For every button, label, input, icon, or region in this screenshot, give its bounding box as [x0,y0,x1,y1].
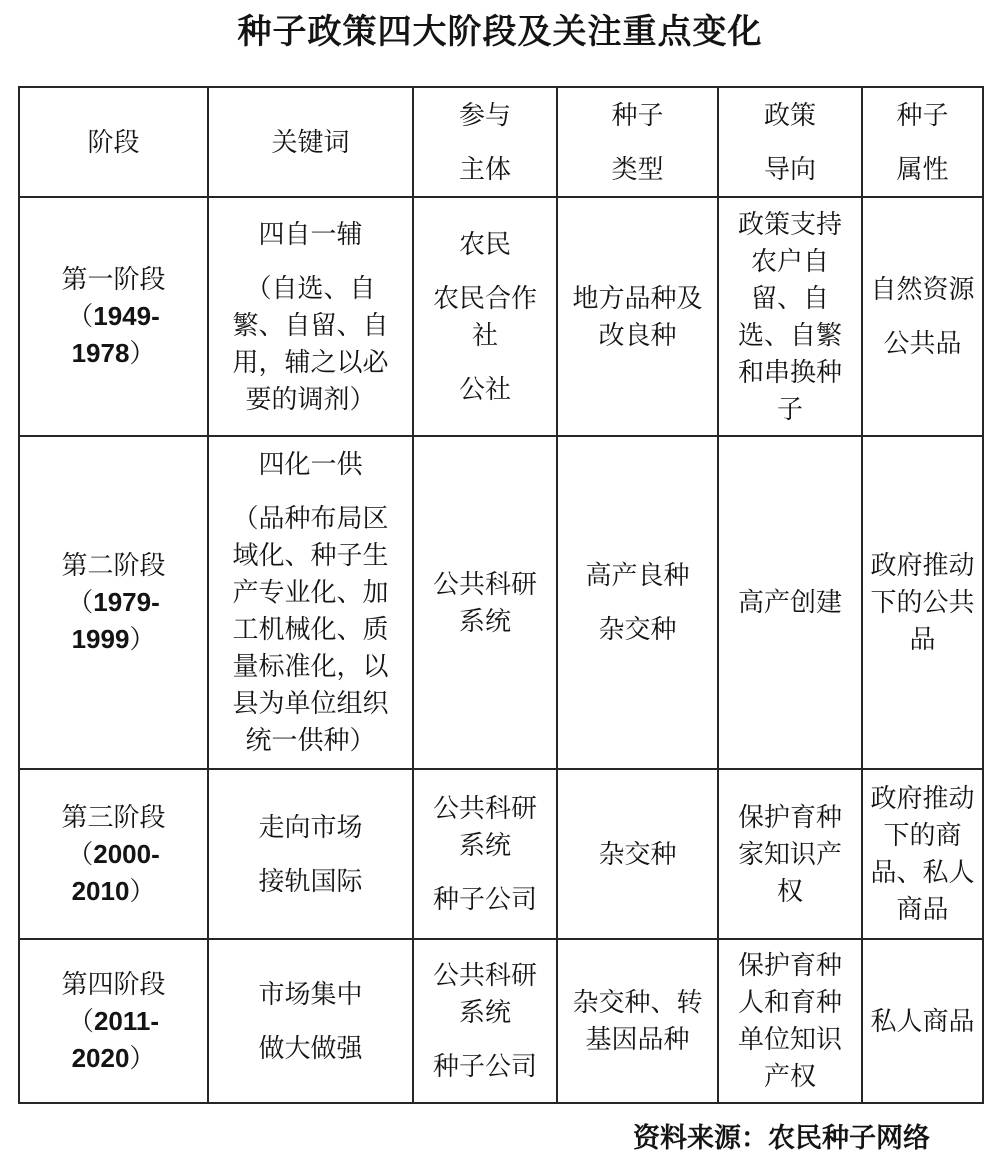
column-header-keywords: 关键词 [208,87,413,197]
column-header-stage: 阶段 [19,87,208,197]
cell-policy_orientation: 高产创建 [718,436,862,769]
cell-seed_attribute: 政府推动 下的公共 品 [862,436,983,769]
cell-stage: 第一阶段 （1949- 1978） [19,197,208,436]
page-title: 种子政策四大阶段及关注重点变化 [0,4,1000,53]
source-note: 资料来源：农民种子网络 [633,1116,930,1155]
cell-seed_attribute: 私人商品 [862,939,983,1103]
cell-keywords: 四自一辅（自选、自 繁、自留、自 用，辅之以必 要的调剂） [208,197,413,436]
table-row: 第三阶段 （2000- 2010）走向市场接轨国际公共科研 系统种子公司杂交种保… [19,769,983,939]
cell-stage: 第三阶段 （2000- 2010） [19,769,208,939]
cell-policy_orientation: 保护育种 家知识产 权 [718,769,862,939]
cell-participants: 公共科研 系统 [413,436,557,769]
column-header-policy_orientation: 政策导向 [718,87,862,197]
cell-seed_type: 杂交种、转 基因品种 [557,939,718,1103]
cell-seed_type: 地方品种及 改良种 [557,197,718,436]
cell-policy_orientation: 政策支持 农户自 留、自 选、自繁 和串换种 子 [718,197,862,436]
column-header-seed_type: 种子类型 [557,87,718,197]
table-body: 第一阶段 （1949- 1978）四自一辅（自选、自 繁、自留、自 用，辅之以必… [19,197,983,1103]
table-header-row: 阶段关键词参与主体种子类型政策导向种子属性 [19,87,983,197]
table-row: 第二阶段 （1979- 1999）四化一供（品种布局区 域化、种子生 产专业化、… [19,436,983,769]
cell-seed_type: 杂交种 [557,769,718,939]
cell-policy_orientation: 保护育种 人和育种 单位知识 产权 [718,939,862,1103]
cell-stage: 第四阶段 （2011- 2020） [19,939,208,1103]
table-row: 第四阶段 （2011- 2020）市场集中做大做强公共科研 系统种子公司杂交种、… [19,939,983,1103]
column-header-participants: 参与主体 [413,87,557,197]
cell-keywords: 走向市场接轨国际 [208,769,413,939]
cell-keywords: 市场集中做大做强 [208,939,413,1103]
cell-stage: 第二阶段 （1979- 1999） [19,436,208,769]
cell-seed_type: 高产良种杂交种 [557,436,718,769]
table-row: 第一阶段 （1949- 1978）四自一辅（自选、自 繁、自留、自 用，辅之以必… [19,197,983,436]
column-header-seed_attribute: 种子属性 [862,87,983,197]
cell-seed_attribute: 自然资源公共品 [862,197,983,436]
cell-participants: 农民农民合作 社公社 [413,197,557,436]
cell-keywords: 四化一供（品种布局区 域化、种子生 产专业化、加 工机械化、质 量标准化，以 县… [208,436,413,769]
cell-participants: 公共科研 系统种子公司 [413,939,557,1103]
cell-seed_attribute: 政府推动 下的商 品、私人 商品 [862,769,983,939]
seed-policy-table: 阶段关键词参与主体种子类型政策导向种子属性 第一阶段 （1949- 1978）四… [18,86,984,1104]
cell-participants: 公共科研 系统种子公司 [413,769,557,939]
